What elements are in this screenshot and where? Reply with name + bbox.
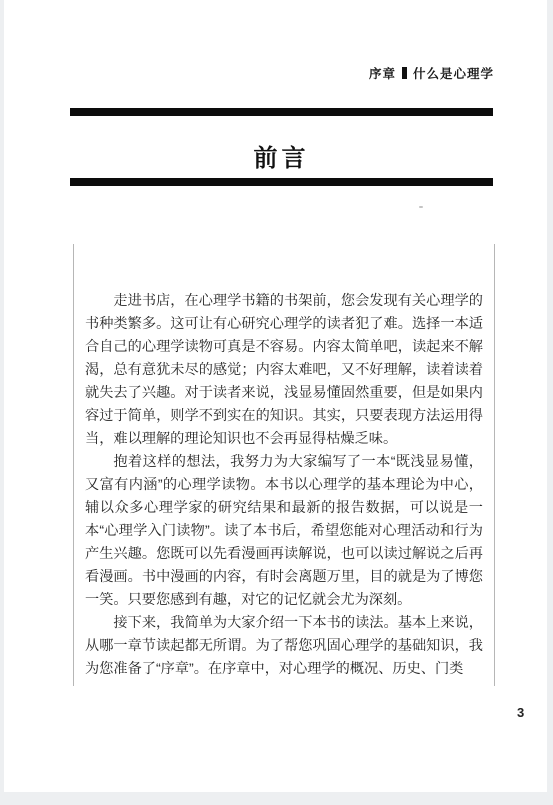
scan-speck [419, 206, 423, 208]
title-rule-top [70, 108, 493, 116]
paragraph-1: 走进书店，在心理学书籍的书架前，您会发现有关心理学的书种类繁多。这可让有心研究心… [85, 290, 483, 451]
page-number: 3 [517, 705, 524, 720]
paragraph-2: 抱着这样的想法，我努力为大家编写了一本“既浅显易懂，又富有内涵”的心理学读物。本… [85, 451, 483, 612]
title-rule-bottom [70, 178, 493, 186]
book-page: 序章什么是心理学 前言 走进书店，在心理学书籍的书架前，您会发现有关心理学的书种… [4, 0, 547, 792]
running-header-section: 序章 [369, 67, 396, 81]
running-header-chapter: 什么是心理学 [413, 67, 494, 81]
running-header: 序章什么是心理学 [369, 64, 494, 82]
paragraph-3: 接下来，我简单为大家介绍一下本书的读法。基本上来说，从哪一章节读起都无所谓。为了… [85, 612, 483, 681]
body-text: 走进书店，在心理学书籍的书架前，您会发现有关心理学的书种类繁多。这可让有心研究心… [85, 290, 483, 681]
text-frame-left-line [73, 244, 74, 686]
section-divider-icon [402, 67, 407, 79]
page-title: 前言 [70, 138, 493, 173]
text-frame-right-line [494, 244, 495, 686]
